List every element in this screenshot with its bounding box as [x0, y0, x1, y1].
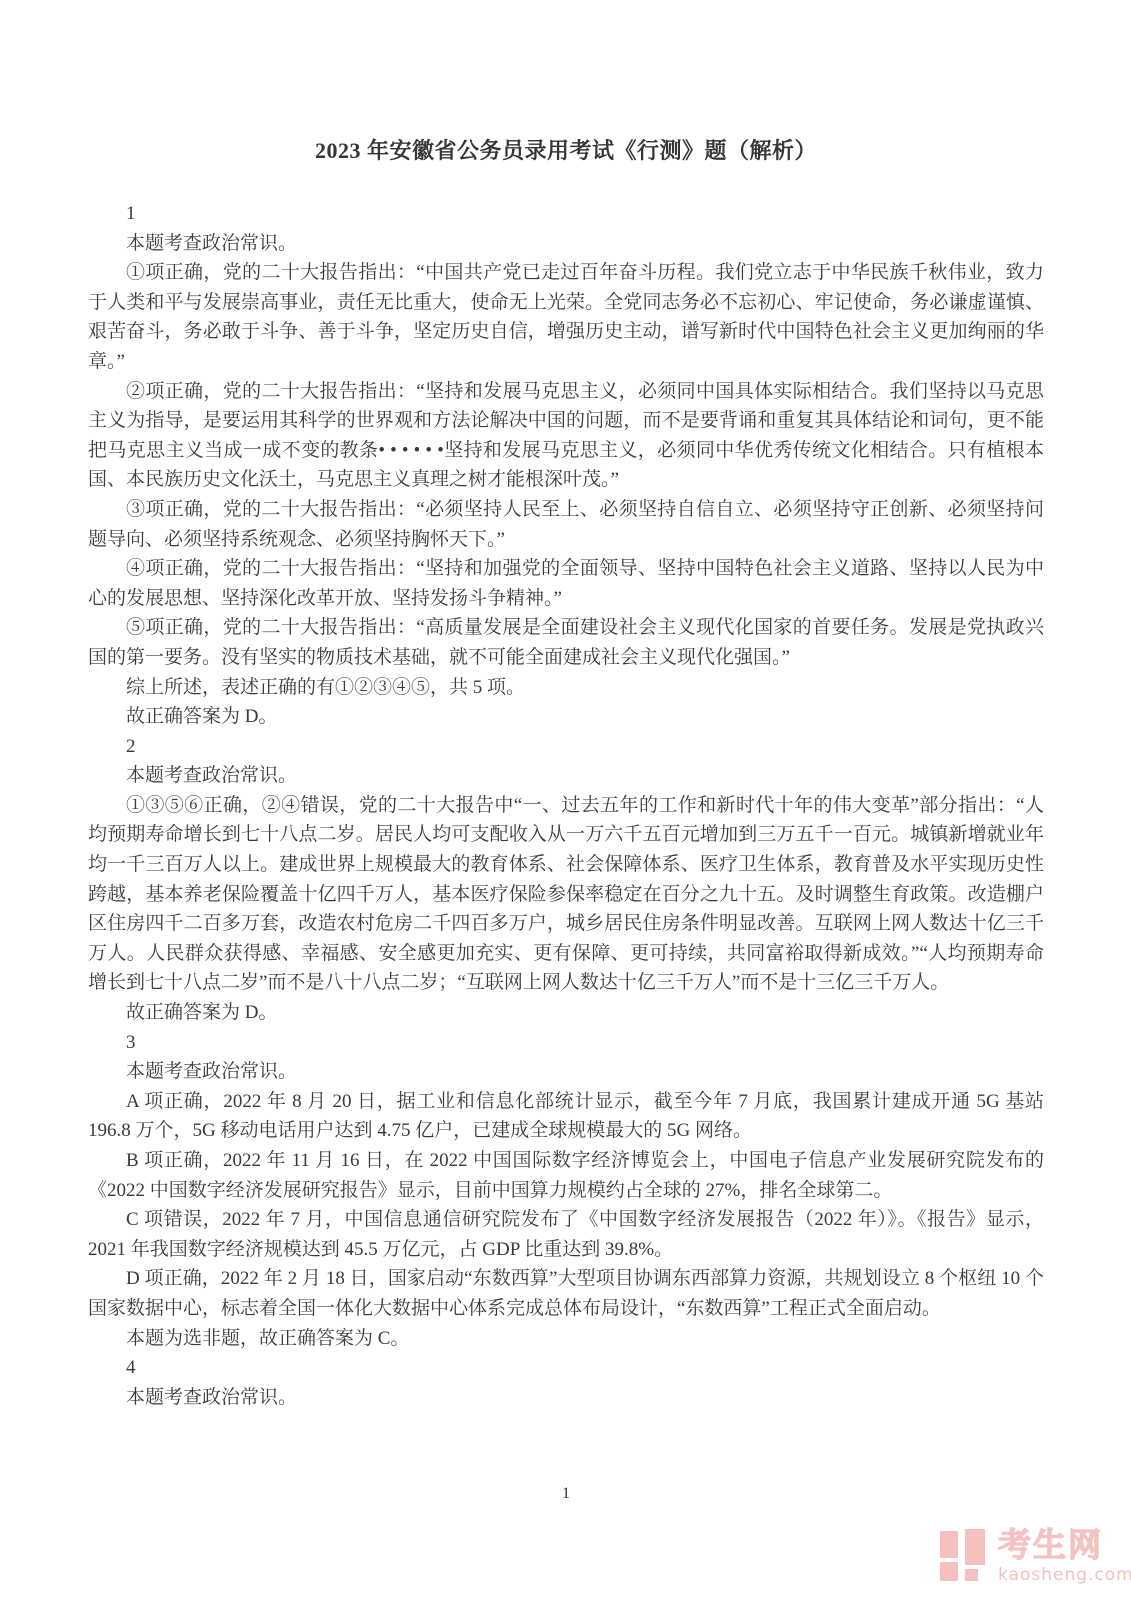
paragraph: ②项正确，党的二十大报告指出：“坚持和发展马克思主义，必须同中国具体实际相结合。…	[88, 377, 1044, 495]
kaosheng-logo-icon	[940, 1527, 988, 1583]
paragraph: 综上所述，表述正确的有①②③④⑤，共 5 项。	[88, 673, 1044, 703]
paragraph: ⑤项正确，党的二十大报告指出：“高质量发展是全面建设社会主义现代化国家的首要任务…	[88, 613, 1044, 672]
document-page: 2023 年安徽省公务员录用考试《行测》题（解析） 1 本题考查政治常识。 ①项…	[0, 0, 1131, 1600]
paragraph: ①项正确，党的二十大报告指出：“中国共产党已走过百年奋斗历程。我们党立志于中华民…	[88, 258, 1044, 376]
paragraph: ③项正确，党的二十大报告指出：“必须坚持人民至上、必须坚持自信自立、必须坚持守正…	[88, 495, 1044, 554]
paragraph: D 项正确，2022 年 2 月 18 日，国家启动“东数西算”大型项目协调东西…	[88, 1264, 1044, 1323]
paragraph: B 项正确，2022 年 11 月 16 日，在 2022 中国国际数字经济博览…	[88, 1146, 1044, 1205]
document-title: 2023 年安徽省公务员录用考试《行测》题（解析）	[88, 136, 1044, 166]
watermark-domain: kaosheng.com	[998, 1565, 1131, 1585]
paragraph: 本题考查政治常识。	[88, 1383, 1044, 1413]
answer-line: 故正确答案为 D。	[88, 998, 1044, 1028]
document-content: 2023 年安徽省公务员录用考试《行测》题（解析） 1 本题考查政治常识。 ①项…	[88, 136, 1044, 1412]
answer-line: 本题为选非题，故正确答案为 C。	[88, 1324, 1044, 1354]
page-number: 1	[88, 1484, 1044, 1504]
question-number: 2	[88, 732, 1044, 762]
answer-line: 故正确答案为 D。	[88, 702, 1044, 732]
watermark-brand: 考生网	[998, 1527, 1131, 1563]
paragraph: 本题考查政治常识。	[88, 229, 1044, 259]
question-number: 3	[88, 1028, 1044, 1058]
paragraph: A 项正确，2022 年 8 月 20 日，据工业和信息化部统计显示，截至今年 …	[88, 1087, 1044, 1146]
paragraph: 本题考查政治常识。	[88, 1057, 1044, 1087]
question-number: 1	[88, 199, 1044, 229]
paragraph: 本题考查政治常识。	[88, 761, 1044, 791]
paragraph: C 项错误，2022 年 7 月，中国信息通信研究院发布了《中国数字经济发展报告…	[88, 1205, 1044, 1264]
paragraph: ④项正确，党的二十大报告指出：“坚持和加强党的全面领导、坚持中国特色社会主义道路…	[88, 554, 1044, 613]
watermark: 考生网 kaosheng.com	[940, 1527, 1131, 1585]
paragraph: ①③⑤⑥正确，②④错误，党的二十大报告中“一、过去五年的工作和新时代十年的伟大变…	[88, 791, 1044, 998]
watermark-text: 考生网 kaosheng.com	[998, 1527, 1131, 1585]
question-number: 4	[88, 1353, 1044, 1383]
